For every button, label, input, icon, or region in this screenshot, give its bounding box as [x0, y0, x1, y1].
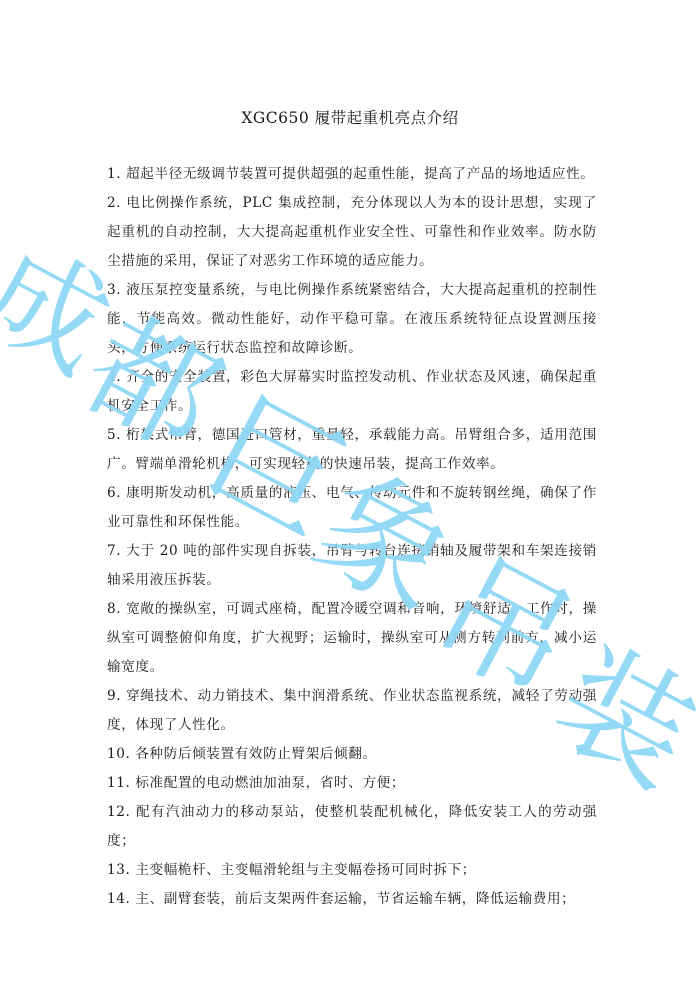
list-item: 11. 标准配置的电动燃油加油泵，省时、方便；	[107, 769, 597, 798]
list-item: 4. 齐全的安全装置，彩色大屏幕实时监控发动机、作业状态及风速，确保起重机安全工…	[107, 363, 597, 421]
document-body: 1. 超起半径无级调节装置可提供超强的起重性能，提高了产品的场地适应性。 2. …	[107, 160, 597, 914]
list-item: 1. 超起半径无级调节装置可提供超强的起重性能，提高了产品的场地适应性。	[107, 160, 597, 189]
list-item: 9. 穿绳技术、动力销技术、集中润滑系统、作业状态监视系统，减轻了劳动强度，体现…	[107, 682, 597, 740]
list-item: 13. 主变幅桅杆、主变幅滑轮组与主变幅卷扬可同时拆下；	[107, 856, 597, 885]
document-title: XGC650 履带起重机亮点介绍	[0, 106, 700, 128]
list-item: 7. 大于 20 吨的部件实现自拆装，吊臂与转台连接销轴及履带架和车架连接销轴采…	[107, 537, 597, 595]
document-page: XGC650 履带起重机亮点介绍 1. 超起半径无级调节装置可提供超强的起重性能…	[0, 0, 700, 989]
list-item: 3. 液压泵控变量系统，与电比例操作系统紧密结合，大大提高起重机的控制性能，节能…	[107, 276, 597, 363]
list-item: 6. 康明斯发动机，高质量的液压、电气、传动元件和不旋转钢丝绳，确保了作业可靠性…	[107, 479, 597, 537]
list-item: 10. 各种防后倾装置有效防止臂架后倾翻。	[107, 740, 597, 769]
list-item: 14. 主、副臂套装，前后支架两件套运输，节省运输车辆，降低运输费用；	[107, 885, 597, 914]
list-item: 8. 宽敞的操纵室，可调式座椅，配置冷暖空调和音响，环境舒适。工作时，操纵室可调…	[107, 595, 597, 682]
list-item: 12. 配有汽油动力的移动泵站，使整机装配机械化，降低安装工人的劳动强度；	[107, 798, 597, 856]
list-item: 5. 桁架式吊臂，德国进口管材，重量轻，承载能力高。吊臂组合多，适用范围广。臂端…	[107, 421, 597, 479]
list-item: 2. 电比例操作系统，PLC 集成控制，充分体现以人为本的设计思想，实现了起重机…	[107, 189, 597, 276]
